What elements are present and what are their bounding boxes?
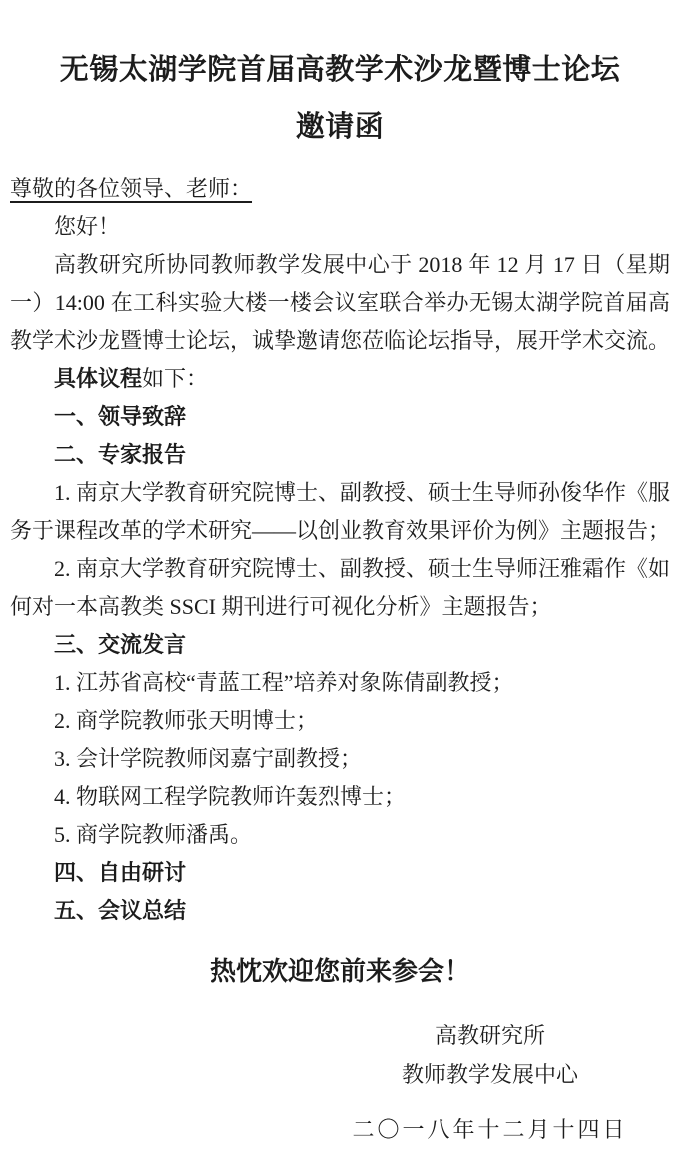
agenda-item-speaker-3: 3. 会计学院教师闵嘉宁副教授； xyxy=(10,740,670,778)
signature-date: 二〇一八年十二月十四日 xyxy=(335,1110,645,1149)
agenda-lead-bold-text: 具体议程 xyxy=(54,366,142,391)
agenda-item-expert-1: 1. 南京大学教育研究院博士、副教授、硕士生导师孙俊华作《服务于课程改革的学术研… xyxy=(10,474,670,550)
signature-org-1: 高教研究所 xyxy=(335,1016,645,1055)
intro-paragraph: 高教研究所协同教师教学发展中心于 2018 年 12 月 17 日（星期一）14… xyxy=(10,246,670,360)
agenda-item-speaker-5: 5. 商学院教师潘禹。 xyxy=(10,816,670,854)
closing-welcome-line: 热忱欢迎您前来参会！ xyxy=(10,952,670,992)
agenda-heading-4: 四、自由研讨 xyxy=(10,854,670,892)
agenda-item-speaker-2: 2. 商学院教师张天明博士； xyxy=(10,702,670,740)
signature-org-2: 教师教学发展中心 xyxy=(335,1055,645,1094)
agenda-lead-rest-text: 如下： xyxy=(142,366,208,391)
invitation-letter-page: 无锡太湖学院首届高教学术沙龙暨博士论坛 邀请函 尊敬的各位领导、老师： 您好！ … xyxy=(0,0,680,1163)
greeting-line: 您好！ xyxy=(10,208,670,246)
document-title-line2: 邀请函 xyxy=(10,99,670,156)
document-title-line1: 无锡太湖学院首届高教学术沙龙暨博士论坛 xyxy=(10,42,670,99)
signature-block: 高教研究所 教师教学发展中心 二〇一八年十二月十四日 xyxy=(335,1016,645,1149)
agenda-heading-5: 五、会议总结 xyxy=(10,892,670,930)
agenda-heading-3: 三、交流发言 xyxy=(10,626,670,664)
agenda-item-expert-2: 2. 南京大学教育研究院博士、副教授、硕士生导师汪雅霜作《如何对一本高教类 SS… xyxy=(10,550,670,626)
agenda-heading-2: 二、专家报告 xyxy=(10,436,670,474)
agenda-heading-1: 一、领导致辞 xyxy=(10,398,670,436)
agenda-item-speaker-1: 1. 江苏省高校“青蓝工程”培养对象陈倩副教授； xyxy=(10,664,670,702)
agenda-item-speaker-4: 4. 物联网工程学院教师许轰烈博士； xyxy=(10,778,670,816)
agenda-lead-line: 具体议程如下： xyxy=(10,360,670,398)
salutation: 尊敬的各位领导、老师： xyxy=(10,170,670,208)
